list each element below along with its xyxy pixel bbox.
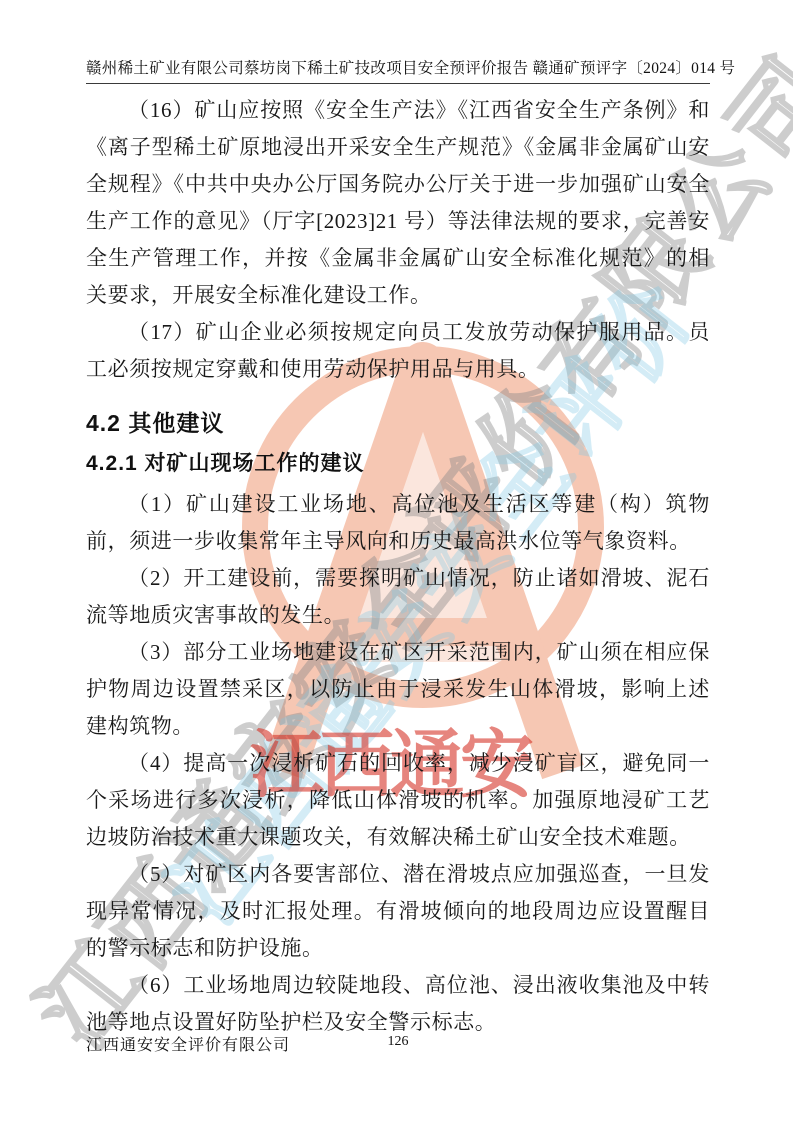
paragraph: （16）矿山应按照《安全生产法》《江西省安全生产条例》和《离子型稀土矿原地浸出开…	[86, 92, 710, 314]
paragraph: （5）对矿区内各要害部位、潜在滑坡点应加强巡查，一旦发现异常情况，及时汇报处理。…	[86, 856, 710, 967]
section-heading: 4.2.1 对矿山现场工作的建议	[86, 447, 710, 477]
paragraph: （6）工业场地周边较陡地段、高位池、浸出液收集池及中转池等地点设置好防坠护栏及安…	[86, 967, 710, 1041]
page-footer: 江西通安安全评价有限公司 126	[86, 1032, 710, 1056]
page-number: 126	[86, 1034, 710, 1050]
page-header-title: 赣州稀土矿业有限公司蔡坊岗下稀土矿技改项目安全预评价报告 赣通矿预评字〔2024…	[86, 56, 710, 84]
document-page: 江西通安安全评价有限公司 江西通安安全评价 江西通安 赣州稀土矿业有限公司蔡坊岗…	[0, 0, 793, 1122]
paragraph: （17）矿山企业必须按规定向员工发放劳动保护服用品。员工必须按规定穿戴和使用劳动…	[86, 314, 710, 388]
section-heading: 4.2 其他建议	[86, 405, 710, 438]
paragraph: （1）矿山建设工业场地、高位池及生活区等建（构）筑物前，须进一步收集常年主导风向…	[86, 486, 710, 560]
paragraph: （3）部分工业场地建设在矿区开采范围内，矿山须在相应保护物周边设置禁采区，以防止…	[86, 634, 710, 745]
document-content: 赣州稀土矿业有限公司蔡坊岗下稀土矿技改项目安全预评价报告 赣通矿预评字〔2024…	[86, 56, 710, 1041]
paragraph: （4）提高一次浸析矿石的回收率，减少浸矿盲区，避免同一个采场进行多次浸析，降低山…	[86, 745, 710, 856]
document-body: （16）矿山应按照《安全生产法》《江西省安全生产条例》和《离子型稀土矿原地浸出开…	[86, 92, 710, 1041]
paragraph: （2）开工建设前，需要探明矿山情况，防止诸如滑坡、泥石流等地质灾害事故的发生。	[86, 560, 710, 634]
